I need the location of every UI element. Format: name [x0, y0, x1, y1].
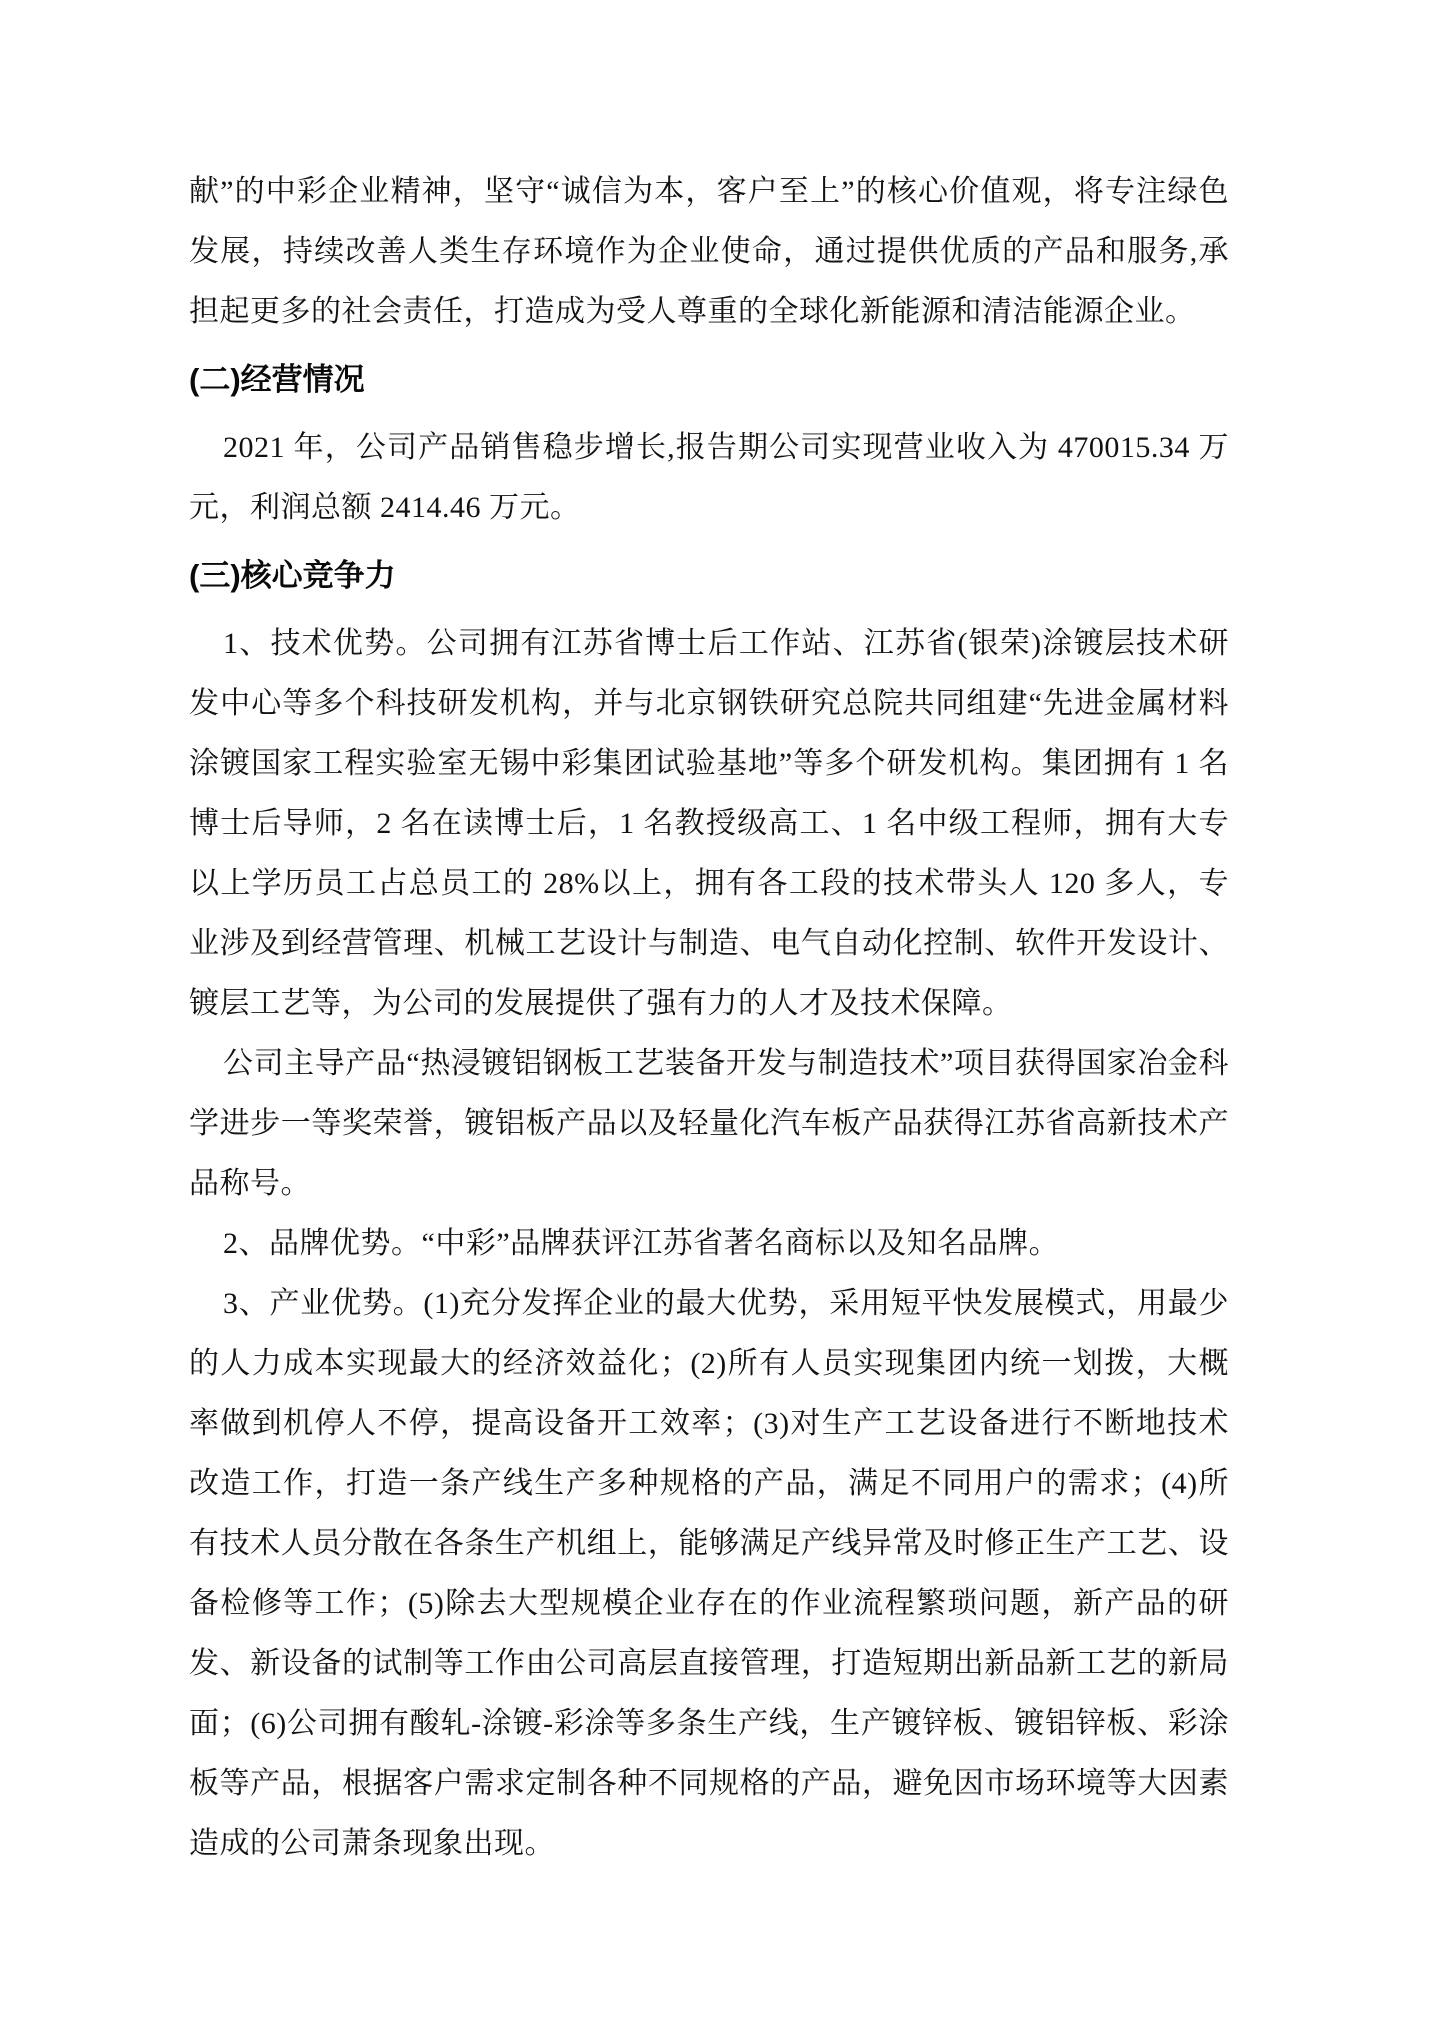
para-leading-products: 公司主导产品“热浸镀铝钢板工艺装备开发与制造技术”项目获得国家冶金科学进步一等奖…	[189, 1034, 1229, 1214]
para-brand-advantage: 2、品牌优势。“中彩”品牌获评江苏省著名商标以及知名品牌。	[189, 1214, 1229, 1274]
para-industry-advantage: 3、产业优势。(1)充分发挥企业的最大优势，采用短平快发展模式，用最少的人力成本…	[189, 1274, 1229, 1874]
para-operating-results: 2021 年，公司产品销售稳步增长,报告期公司实现营业收入为 470015.34…	[189, 418, 1229, 538]
heading-core-competitiveness: (三)核心竞争力	[189, 546, 1229, 606]
heading-operating-status: (二)经营情况	[189, 350, 1229, 410]
para-tech-advantage: 1、技术优势。公司拥有江苏省博士后工作站、江苏省(银荣)涂镀层技术研发中心等多个…	[189, 614, 1229, 1034]
para-company-spirit: 献”的中彩企业精神，坚守“诚信为本，客户至上”的核心价值观，将专注绿色发展，持续…	[189, 162, 1229, 342]
document-page: 献”的中彩企业精神，坚守“诚信为本，客户至上”的核心价值观，将专注绿色发展，持续…	[189, 162, 1229, 1874]
